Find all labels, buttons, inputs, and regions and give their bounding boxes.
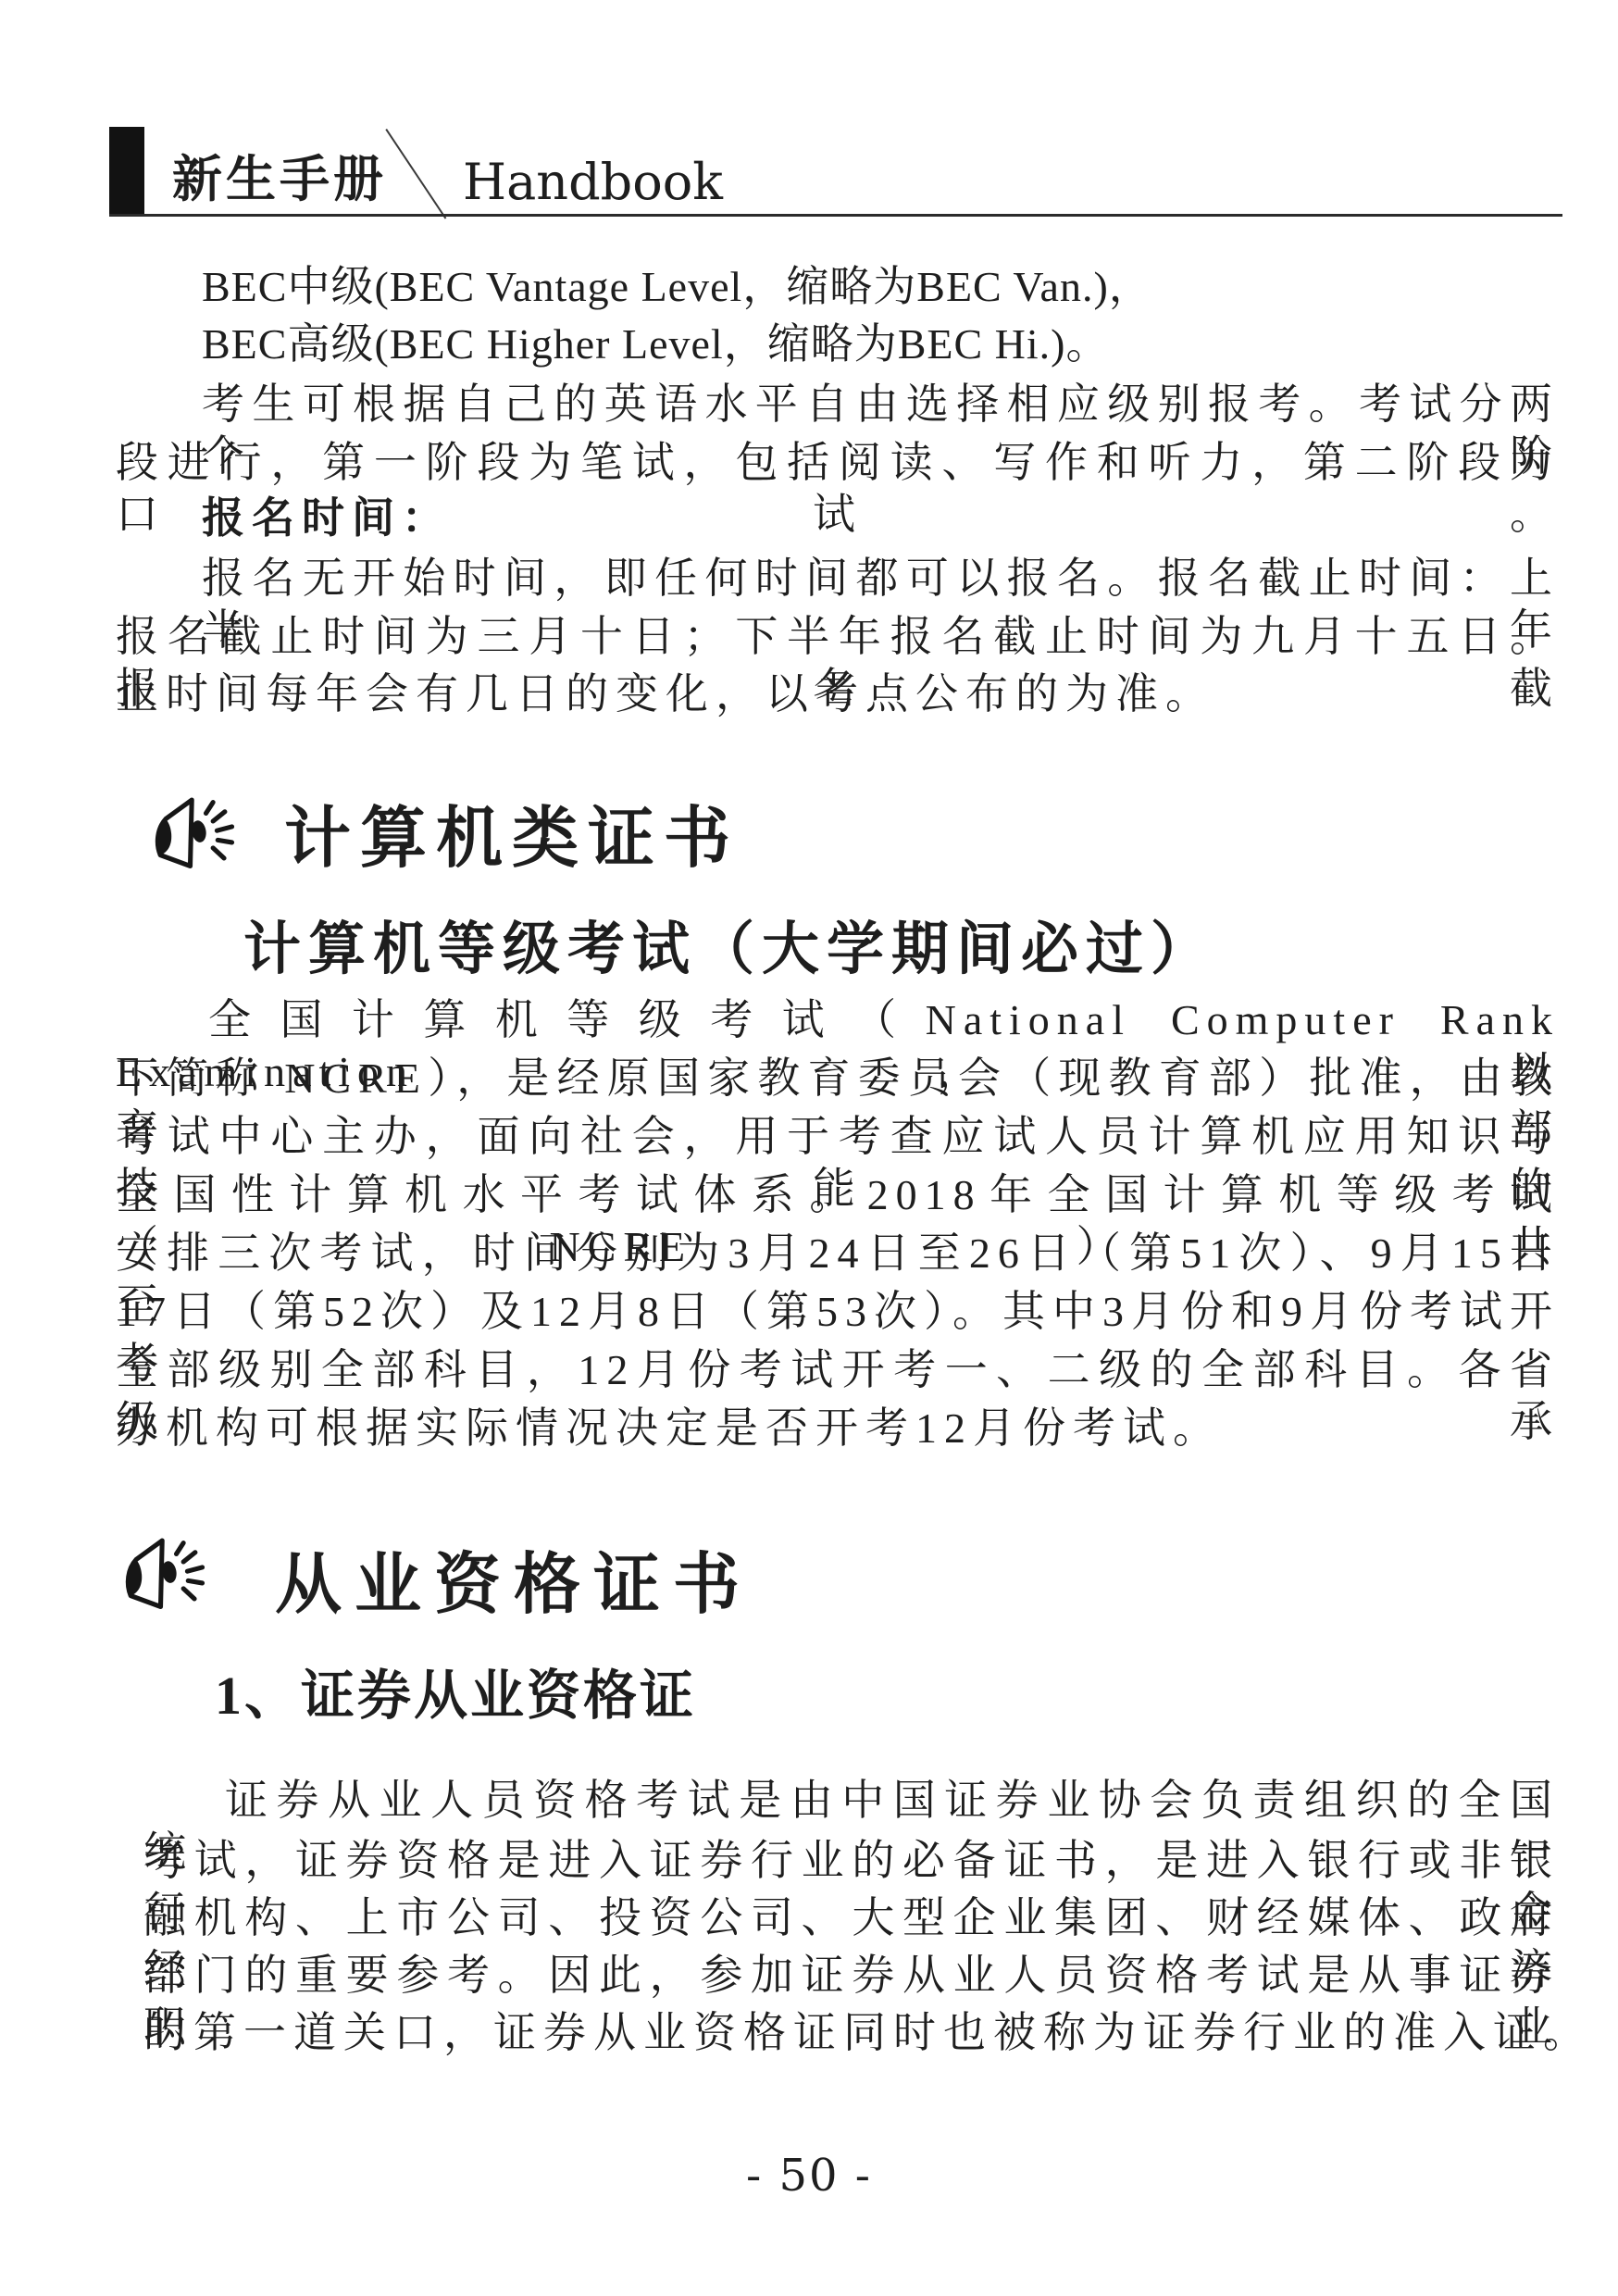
text-line: BEC高级(BEC Higher Level，缩略为BEC Hi.)。 <box>202 318 1109 370</box>
header-black-bar <box>109 127 144 215</box>
header-title-en: Handbook <box>463 156 723 209</box>
header-rule <box>109 214 1562 217</box>
section-heading-computer: 计算机类证书 <box>284 805 740 873</box>
text-line: 止时间每年会有几日的变化，以考点公布的为准。 <box>116 668 1215 720</box>
subsection-heading-securities: 1、证券从业资格证 <box>215 1667 696 1725</box>
text-line: BEC中级(BEC Vantage Level，缩略为BEC Van.)， <box>202 261 1152 313</box>
page-number: - 50 - <box>0 2150 1618 2202</box>
speaker-icon <box>151 797 245 877</box>
subsection-heading-ncre: 计算机等级考试（大学期间必过） <box>243 920 1215 980</box>
text-line-label: 报名时间： <box>202 493 452 544</box>
text-line: 的第一道关口，证券从业资格证同时也被称为证券行业的准入证。 <box>143 2007 1593 2059</box>
section-heading-professional: 从业资格证书 <box>275 1551 753 1619</box>
header-diagonal-divider <box>385 129 446 219</box>
speaker-icon <box>121 1538 216 1617</box>
header-title-zh: 新生手册 <box>172 153 387 206</box>
handbook-page: 新生手册 Handbook BEC中级(BEC Vantage Level，缩略… <box>0 0 1618 2296</box>
text-line: 办机构可根据实际情况决定是否开考12月份考试。 <box>116 1403 1223 1454</box>
